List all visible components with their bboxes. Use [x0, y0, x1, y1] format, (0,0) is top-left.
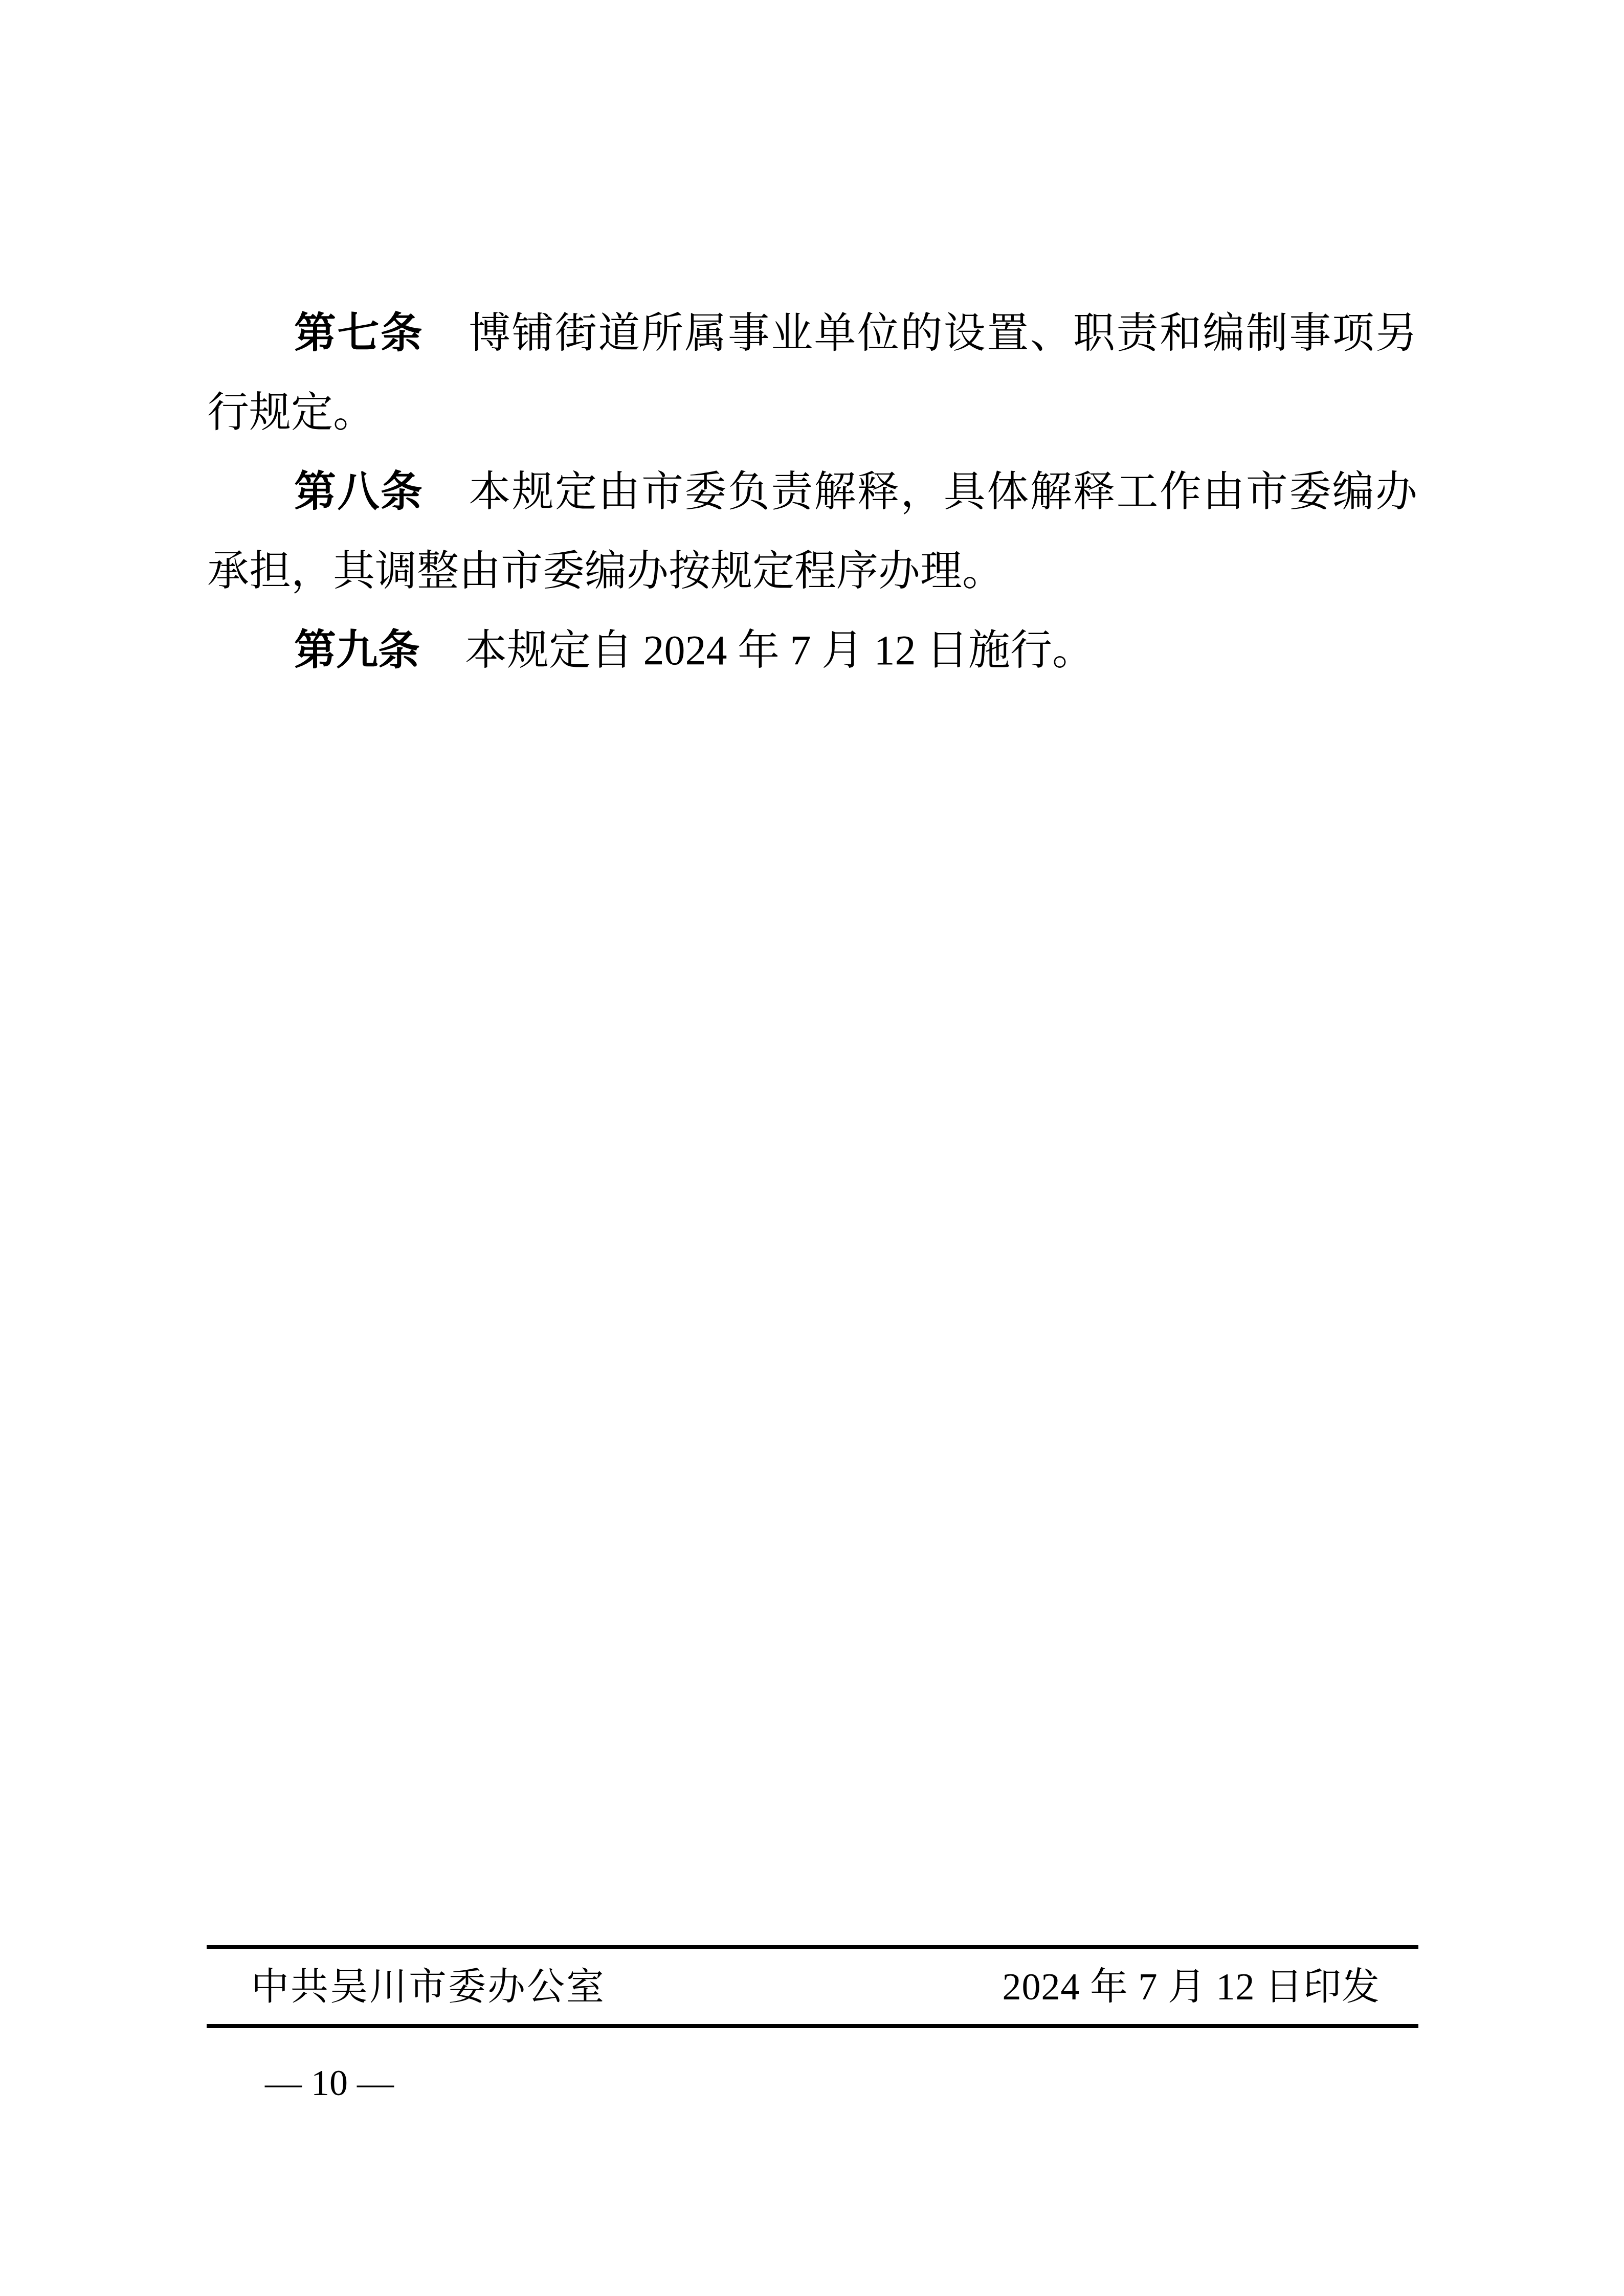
document-body: 第七条博铺街道所属事业单位的设置、职责和编制事项另 行规定。 第八条本规定由市委…	[207, 294, 1417, 690]
document-line: 第九条本规定自 2024 年 7 月 12 日施行。	[207, 611, 1417, 690]
document-page: 第七条博铺街道所属事业单位的设置、职责和编制事项另 行规定。 第八条本规定由市委…	[0, 0, 1624, 2296]
article-9-label: 第九条	[294, 627, 420, 673]
article-7-label: 第七条	[294, 310, 424, 356]
footer-divider-top	[207, 1945, 1418, 1949]
footer-divider-bottom	[207, 2024, 1418, 2028]
line-text: 博铺街道所属事业单位的设置、职责和编制事项另	[469, 310, 1417, 356]
page-number: — 10 —	[207, 2063, 452, 2103]
line-text: 行规定。	[207, 389, 375, 436]
print-date: 2024 年 7 月 12 日印发	[1003, 1964, 1381, 2011]
line-text: 承担，其调整由市委编办按规定程序办理。	[207, 548, 1004, 594]
document-line: 第七条博铺街道所属事业单位的设置、职责和编制事项另	[207, 294, 1417, 373]
line-text: 本规定由市委负责解释，具体解释工作由市委编办	[469, 468, 1417, 515]
line-text: 本规定自 2024 年 7 月 12 日施行。	[465, 627, 1094, 673]
document-line: 第八条本规定由市委负责解释，具体解释工作由市委编办	[207, 452, 1417, 531]
document-line: 承担，其调整由市委编办按规定程序办理。	[207, 531, 1417, 611]
document-line: 行规定。	[207, 373, 1417, 452]
footer: 中共吴川市委办公室 2024 年 7 月 12 日印发	[207, 1964, 1418, 2011]
article-8-label: 第八条	[294, 468, 424, 515]
issuing-office: 中共吴川市委办公室	[251, 1964, 606, 2011]
